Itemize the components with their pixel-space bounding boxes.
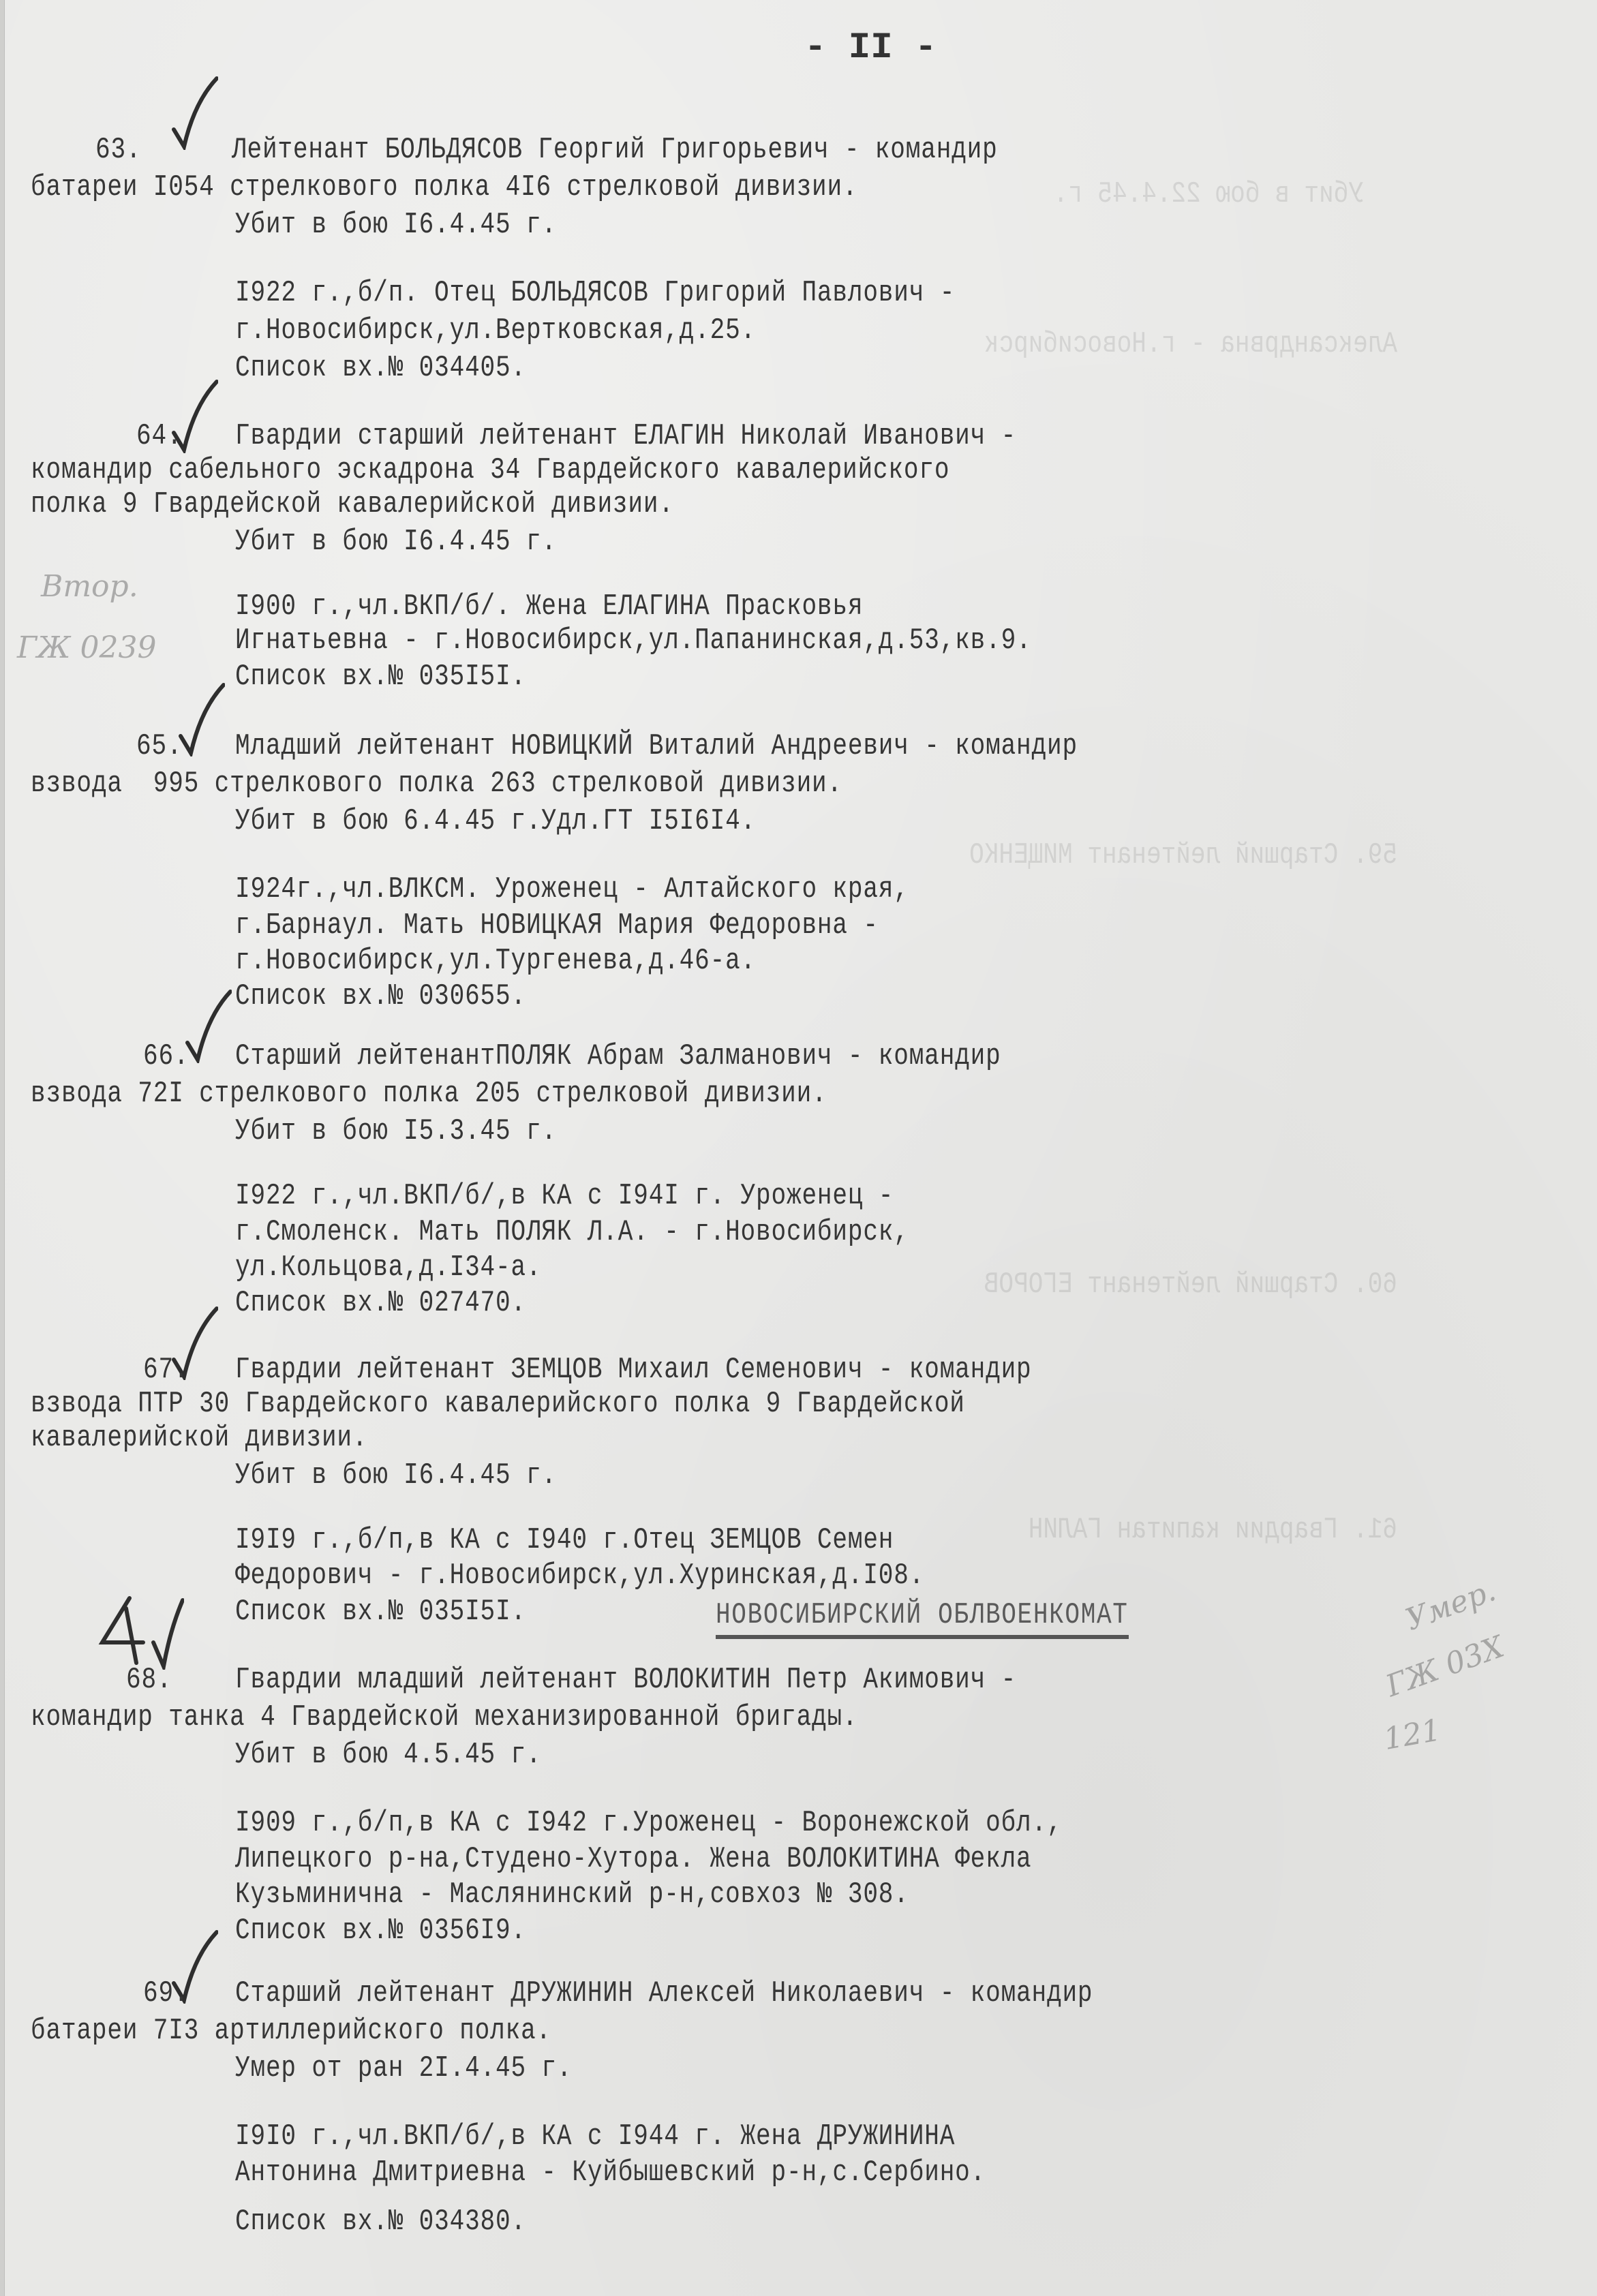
entry-67-line-1: Гвардии лейтенант ЗЕМЦОВ Михаил Семенови… [235, 1353, 1032, 1387]
entry-68-detail-2: Липецкого р-на,Студено-Хутора. Жена ВОЛО… [235, 1842, 1032, 1876]
entry-64-line-4: Убит в бою I6.4.45 г. [235, 525, 557, 559]
entry-64-number: 64. [136, 419, 182, 453]
entry-69-line-2: батареи 7I3 артиллерийского полка. [31, 2014, 551, 2048]
bleed-through-text: 61. Гвардии капитан ГАЛИН [1029, 1513, 1397, 1547]
entry-65-detail-2: г.Барнаул. Мать НОВИЦКАЯ Мария Федоровна… [235, 908, 879, 943]
entry-68-detail-3: Кузьминична - Маслянинский р-н,совхоз № … [235, 1878, 909, 1912]
entry-63-detail-3: Список вх.№ 034405. [235, 351, 526, 385]
entry-65-line-1: Младший лейтенант НОВИЦКИЙ Виталий Андре… [235, 729, 1078, 763]
checkmark-icon [170, 75, 218, 150]
entry-65-line-3: Убит в бою 6.4.45 г.Удл.ГТ I5I6I4. [235, 804, 756, 838]
margin-note-handwritten: Втор. [41, 569, 138, 604]
entry-63-detail-2: г.Новосибирск,ул.Вертковская,д.25. [235, 313, 756, 348]
bleed-through-text: Убит в бою 22.4.45 г. [1053, 177, 1363, 211]
entry-64-line-2: командир сабельного эскадрона 34 Гвардей… [31, 453, 949, 487]
entry-67-line-3: кавалерийской дивизии. [31, 1421, 367, 1455]
entry-64-detail-1: I900 г.,чл.ВКП/б/. Жена ЕЛАГИНА Прасковь… [235, 590, 863, 624]
entry-67-number: 67. [143, 1353, 189, 1387]
entry-66-line-3: Убит в бою I5.3.45 г. [235, 1114, 557, 1148]
entry-67-detail-1: I9I9 г.,б/п,в КА с I940 г.Отец ЗЕМЦОВ Се… [235, 1523, 894, 1557]
bleed-through-text: 60. Старший лейтенант ЕГОРОВ [984, 1268, 1397, 1302]
bleed-through-text: Александрвна - г.Новосибирск [984, 327, 1397, 361]
entry-66-detail-4: Список вх.№ 027470. [235, 1286, 526, 1320]
entry-66-line-1: Старший лейтенантПОЛЯК Абрам Залманович … [235, 1039, 1001, 1073]
entry-64-detail-3: Список вх.№ 035I5I. [235, 660, 526, 694]
entry-68-line-3: Убит в бою 4.5.45 г. [235, 1738, 541, 1772]
entry-64-line-1: Гвардии старший лейтенант ЕЛАГИН Николай… [235, 419, 1016, 453]
entry-67-detail-3: Список вх.№ 035I5I. [235, 1595, 526, 1629]
entry-66-detail-2: г.Смоленск. Мать ПОЛЯК Л.А. - г.Новосиби… [235, 1215, 909, 1249]
margin-note-handwritten: ГЖ 0239 [17, 630, 157, 665]
page-edge [0, 0, 5, 2296]
entry-68-number: 68. [126, 1663, 172, 1697]
entry-67-line-2: взвода ПТР 30 Гвардейского кавалерийског… [31, 1387, 965, 1421]
entry-63-line-3: Убит в бою I6.4.45 г. [235, 208, 557, 242]
entry-66-line-2: взвода 72I стрелкового полка 205 стрелко… [31, 1077, 827, 1111]
entry-69-detail-1: I9I0 г.,чл.ВКП/б/,в КА с I944 г. Жена ДР… [235, 2119, 955, 2154]
entry-67-line-4: Убит в бою I6.4.45 г. [235, 1458, 557, 1493]
entry-65-detail-1: I924г.,чл.ВЛКСМ. Уроженец - Алтайского к… [235, 872, 909, 906]
office-stamp: НОВОСИБИРСКИЙ ОБЛВОЕНКОМАТ [716, 1598, 1129, 1639]
page-number: - II - [804, 27, 937, 69]
bleed-through-text: 59. Старший лейтенант МИЩЕНКО [969, 838, 1397, 872]
entry-65-number: 65. [136, 729, 182, 763]
entry-68-line-1: Гвардии младший лейтенант ВОЛОКИТИН Петр… [235, 1663, 1016, 1697]
entry-64-line-3: полка 9 Гвардейской кавалерийской дивизи… [31, 487, 674, 521]
entry-69-number: 69. [143, 1976, 189, 2010]
entry-65-detail-3: г.Новосибирск,ул.Тургенева,д.46-а. [235, 944, 756, 978]
checkmark-icon [184, 988, 232, 1063]
entry-69-detail-2: Антонина Дмитриевна - Куйбышевский р-н,с… [235, 2156, 986, 2190]
entry-68-detail-4: Список вх.№ 0356I9. [235, 1914, 526, 1948]
entry-65-line-2: взвода 995 стрелкового полка 263 стрелко… [31, 767, 842, 801]
entry-63-detail-1: I922 г.,б/п. Отец БОЛЬДЯСОВ Григорий Пав… [235, 276, 955, 310]
entry-67-detail-2: Федорович - г.Новосибирск,ул.Хуринская,д… [235, 1559, 924, 1593]
entry-69-line-3: Умер от ран 2I.4.45 г. [235, 2051, 572, 2085]
entry-64-detail-2: Игнатьевна - г.Новосибирск,ул.Папанинска… [235, 624, 1032, 658]
entry-68-line-2: командир танка 4 Гвардейской механизиров… [31, 1700, 857, 1734]
checkmark-icon [177, 682, 225, 756]
entry-63-line-2: батареи I054 стрелкового полка 4I6 стрел… [31, 170, 857, 204]
entry-63-number: 63. [95, 133, 141, 167]
entry-69-detail-3: Список вх.№ 034380. [235, 2205, 526, 2239]
entry-66-detail-3: ул.Кольцова,д.I34-а. [235, 1251, 541, 1285]
entry-65-detail-4: Список вх.№ 030655. [235, 979, 526, 1013]
entry-69-line-1: Старший лейтенант ДРУЖИНИН Алексей Никол… [235, 1976, 1093, 2010]
checkmark-icon [89, 1595, 184, 1670]
entry-66-detail-1: I922 г.,чл.ВКП/б/,в КА с I94I г. Урожене… [235, 1179, 894, 1213]
entry-63-line-1: Лейтенант БОЛЬДЯСОВ Георгий Григорьевич … [232, 133, 998, 167]
entry-66-number: 66. [143, 1039, 189, 1073]
entry-68-detail-1: I909 г.,б/п,в КА с I942 г.Уроженец - Вор… [235, 1806, 1062, 1840]
